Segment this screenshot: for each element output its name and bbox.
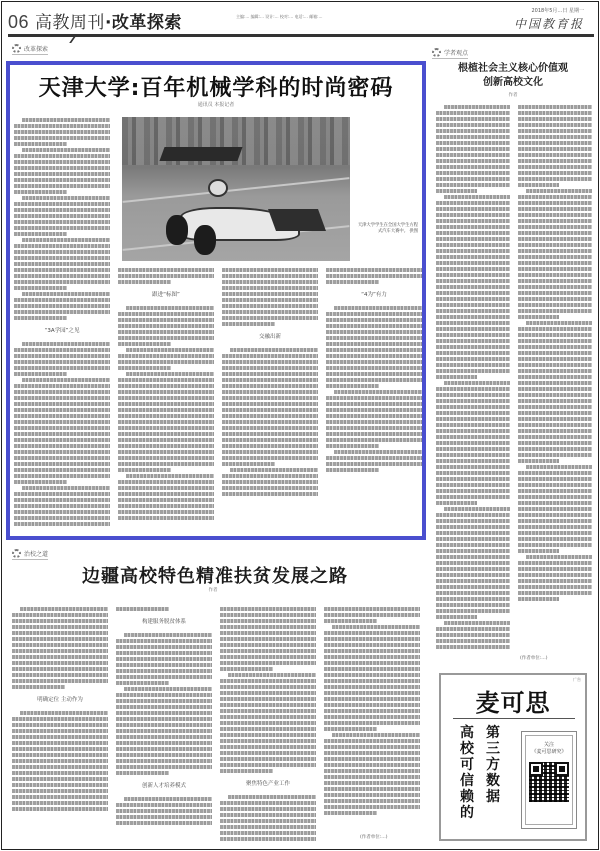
photo-caption: 天津大学学生在全国大学生方程式汽车大赛中。 供图: [356, 223, 418, 235]
supplement-name: 高教周刊: [35, 13, 105, 33]
right-article-column-1: [436, 104, 510, 664]
title-line: 根植社会主义核心价值观: [432, 62, 594, 76]
advertisement[interactable]: 广告 麦可思 高校可信赖的 第三方数据 关注 《麦可思研究》: [439, 673, 587, 841]
emblem-icon: [12, 549, 21, 558]
track-line: [123, 177, 350, 203]
lower-article-column-1: 明确定位 主动作为: [12, 606, 108, 842]
car-wheel: [166, 215, 188, 245]
driver-helmet: [208, 179, 228, 197]
ad-qr-panel: 关注 《麦可思研究》: [521, 731, 577, 829]
section-tag-label: 治校之道: [24, 549, 48, 558]
main-article-title[interactable]: 天津大学:百年机械学科的时尚密码: [10, 71, 422, 102]
masthead: 06 高教周刊·改革探索 主编:… 编辑:… 设计:… 校对:… 电话:… 邮箱…: [8, 6, 594, 42]
subhead: “3A学园”之见: [14, 327, 110, 335]
car-wheel: [194, 225, 216, 255]
section-tag-scholar: 学者观点: [432, 48, 468, 59]
right-article-byline: 作者: [432, 92, 594, 98]
section-tag-label: 学者观点: [444, 48, 468, 57]
editor-info: 主编:… 编辑:… 设计:… 校对:… 电话:… 邮箱:…: [236, 14, 386, 20]
subhead: 创新人才培养模式: [116, 782, 212, 790]
section-tag-label: 改革探索: [24, 44, 48, 53]
newspaper-logo: 中国教育报: [514, 15, 584, 32]
masthead-rule: [8, 34, 594, 37]
qr-label-2: 《麦可思研究》: [526, 749, 572, 756]
date-line: 2018年5月…日 星期一: [532, 7, 585, 14]
qr-code-icon[interactable]: [529, 762, 569, 802]
car-rear-wing: [159, 147, 242, 161]
right-article-title[interactable]: 根植社会主义核心价值观 创新高校文化: [432, 62, 594, 90]
subhead: 聚焦特色产业工作: [220, 780, 316, 788]
qr-label-1: 关注: [526, 742, 572, 749]
car-front-wing: [268, 209, 326, 231]
ad-divider: [453, 718, 575, 719]
section-name: 改革探索: [112, 13, 182, 33]
ad-brand: 麦可思: [441, 683, 585, 718]
section-tag-reform: 改革探索: [12, 44, 48, 55]
ad-slogan-col2: 第三方数据: [485, 725, 501, 805]
lower-article-byline: 作者: [0, 587, 426, 593]
main-article-highlight[interactable]: 天津大学:百年机械学科的时尚密码 通讯员 本报记者 “3A学园”之见 天津大学学…: [6, 61, 426, 540]
page-number: 06: [8, 12, 29, 32]
right-article-column-2: [518, 104, 592, 664]
emblem-icon: [432, 48, 441, 57]
race-car-photo[interactable]: [122, 117, 350, 261]
subhead: 构建服务脱贫体系: [116, 618, 212, 626]
main-article-column-4: “4为”有力: [326, 267, 422, 529]
lower-article-column-2: 构建服务脱贫体系 创新人才培养模式: [116, 606, 212, 842]
page-header: 06 高教周刊·改革探索: [8, 8, 182, 33]
main-article-column-3: 交融出新: [222, 267, 318, 529]
main-article-byline: 通讯员 本报记者: [10, 101, 422, 108]
lower-article-title[interactable]: 边疆高校特色精准扶贫发展之路: [60, 562, 370, 588]
separator: ·: [105, 13, 112, 33]
lower-article-column-3: 聚焦特色产业工作: [220, 606, 316, 842]
caption-credit: 供图: [409, 229, 418, 234]
title-line: 创新高校文化: [432, 76, 594, 90]
subhead: “4为”有力: [326, 291, 422, 299]
section-tag-governance: 治校之道: [12, 549, 48, 560]
main-article-column-2: 跟进“标图”: [118, 267, 214, 529]
subhead: 交融出新: [222, 333, 318, 341]
emblem-icon: [12, 44, 21, 53]
main-article-column-1: “3A学园”之见: [14, 117, 110, 529]
subhead: 跟进“标图”: [118, 291, 214, 299]
right-article-source: (作者单位:…): [520, 655, 548, 661]
lower-article-source: (作者单位:…): [360, 834, 388, 840]
lower-article-column-4: [324, 606, 420, 834]
ad-slogan-col1: 高校可信赖的: [459, 725, 475, 821]
subhead: 明确定位 主动作为: [12, 696, 108, 704]
